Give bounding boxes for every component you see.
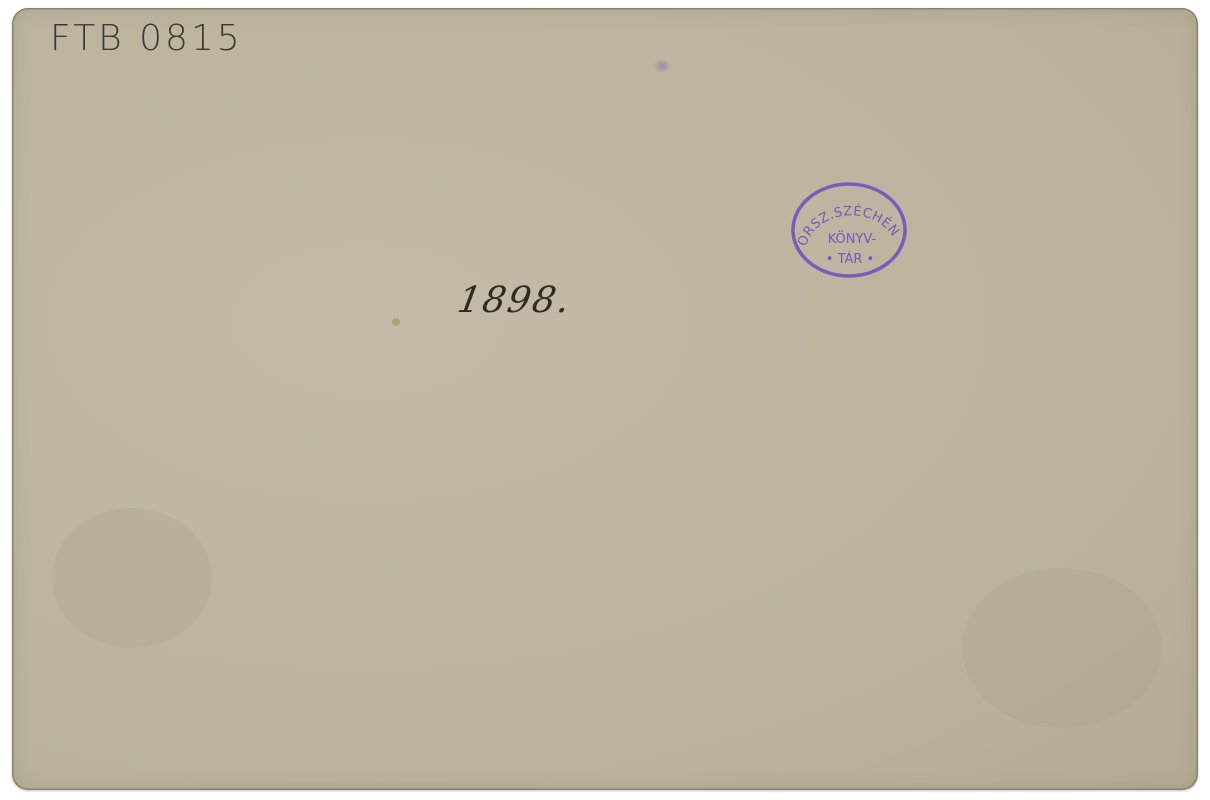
stamp-middle-text: KÖNYV- (828, 230, 877, 247)
stamp-bottom-text: • TÁR • (826, 251, 874, 267)
card-back: FTB 0815 1898. ORSZ.SZÉCHÉNYI KÖNYV- • T… (12, 8, 1198, 790)
paper-stain (392, 318, 400, 326)
catalog-number: FTB 0815 (50, 18, 243, 59)
library-stamp: ORSZ.SZÉCHÉNYI KÖNYV- • TÁR • (790, 181, 908, 279)
paper-stain (52, 508, 212, 648)
handwritten-year: 1898. (454, 280, 574, 321)
ink-smudge (652, 60, 672, 72)
paper-stain (962, 568, 1162, 728)
